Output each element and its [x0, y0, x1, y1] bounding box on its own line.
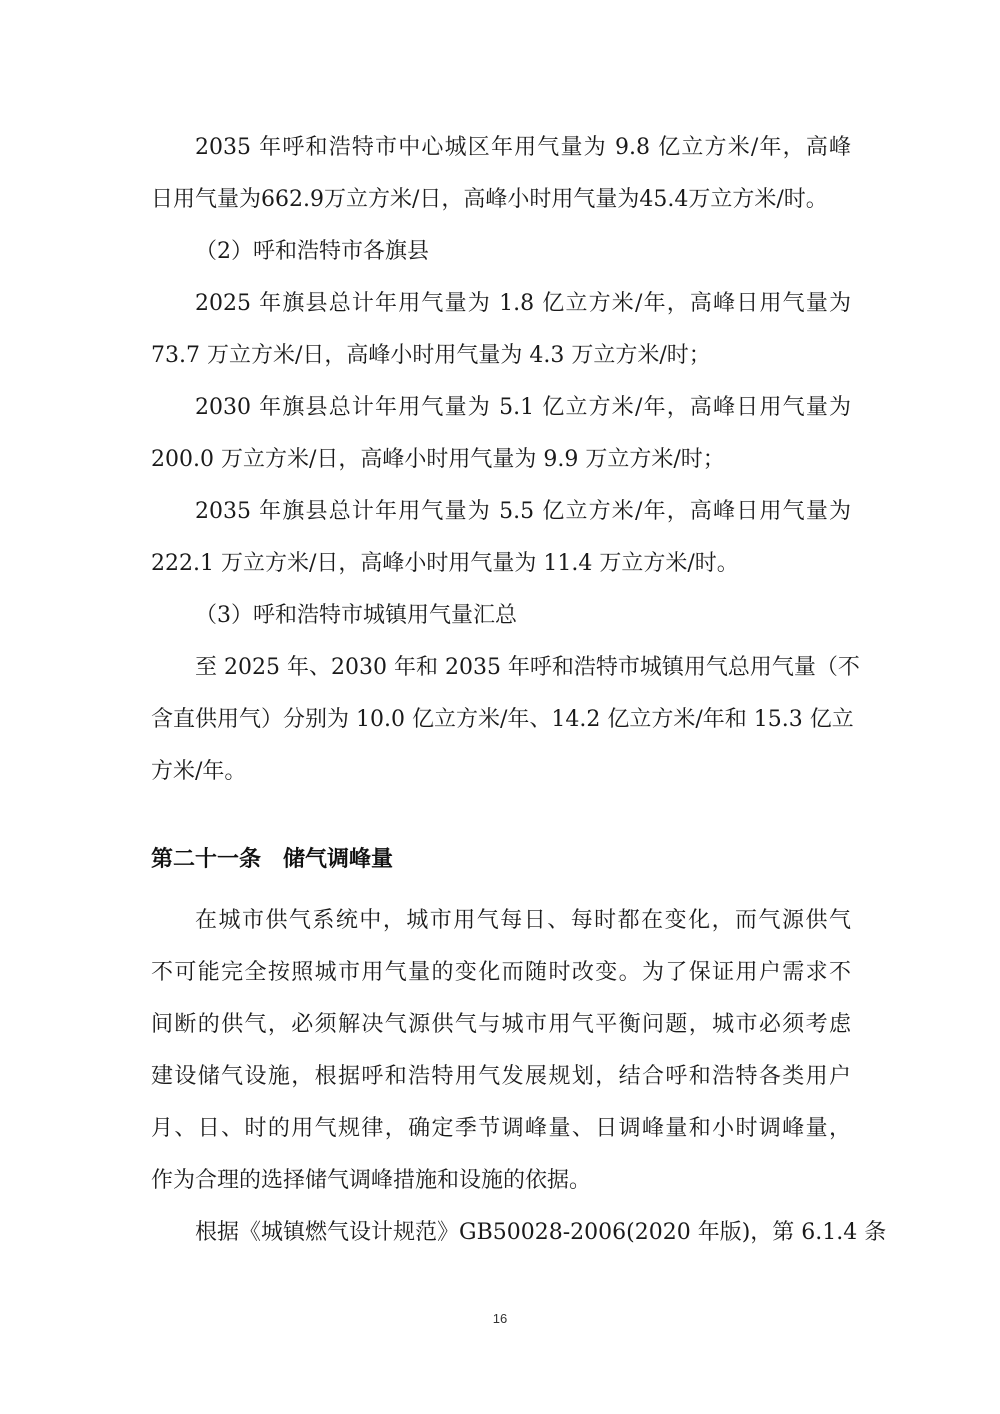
paragraph-line: 不可能完全按照城市用气量的变化而随时改变。为了保证用户需求不 — [151, 958, 851, 988]
paragraph-line: 200.0 万立方米/日，高峰小时用气量为 9.9 万立方米/时； — [151, 445, 851, 475]
paragraph-line: 73.7 万立方米/日，高峰小时用气量为 4.3 万立方米/时； — [151, 341, 851, 371]
paragraph-line: 月、日、时的用气规律，确定季节调峰量、日调峰量和小时调峰量， — [151, 1114, 851, 1144]
paragraph-line: 作为合理的选择储气调峰措施和设施的依据。 — [151, 1166, 851, 1196]
subheading-summary: （3）呼和浩特市城镇用气量汇总 — [195, 601, 851, 631]
paragraph-line: 至 2025 年、2030 年和 2035 年呼和浩特市城镇用气总用气量（不 — [195, 653, 851, 683]
paragraph-line: 间断的供气，必须解决气源供气与城市用气平衡问题，城市必须考虑 — [151, 1010, 851, 1040]
paragraph-line: 2035 年呼和浩特市中心城区年用气量为 9.8 亿立方米/年，高峰 — [195, 133, 851, 163]
document-page: 2035 年呼和浩特市中心城区年用气量为 9.8 亿立方米/年，高峰 日用气量为… — [0, 0, 1000, 1414]
paragraph-line: 日用气量为662.9万立方米/日，高峰小时用气量为45.4万立方米/时。 — [151, 185, 851, 215]
paragraph-line: 2035 年旗县总计年用气量为 5.5 亿立方米/年，高峰日用气量为 — [195, 497, 851, 527]
paragraph-line: 建设储气设施，根据呼和浩特用气发展规划，结合呼和浩特各类用户 — [151, 1062, 851, 1092]
section-heading: 第二十一条 储气调峰量 — [151, 845, 393, 875]
paragraph-line: 含直供用气）分别为 10.0 亿立方米/年、14.2 亿立方米/年和 15.3 … — [151, 705, 851, 735]
paragraph-line: 在城市供气系统中，城市用气每日、每时都在变化，而气源供气 — [195, 906, 851, 936]
paragraph-line: 2030 年旗县总计年用气量为 5.1 亿立方米/年，高峰日用气量为 — [195, 393, 851, 423]
paragraph-line: 2025 年旗县总计年用气量为 1.8 亿立方米/年，高峰日用气量为 — [195, 289, 851, 319]
paragraph-line: 方米/年。 — [151, 757, 851, 787]
page-number: 16 — [0, 1311, 1000, 1326]
paragraph-line: 222.1 万立方米/日，高峰小时用气量为 11.4 万立方米/时。 — [151, 549, 851, 579]
subheading-county: （2）呼和浩特市各旗县 — [195, 237, 851, 267]
paragraph-line: 根据《城镇燃气设计规范》GB50028-2006(2020 年版)，第 6.1.… — [195, 1218, 851, 1248]
